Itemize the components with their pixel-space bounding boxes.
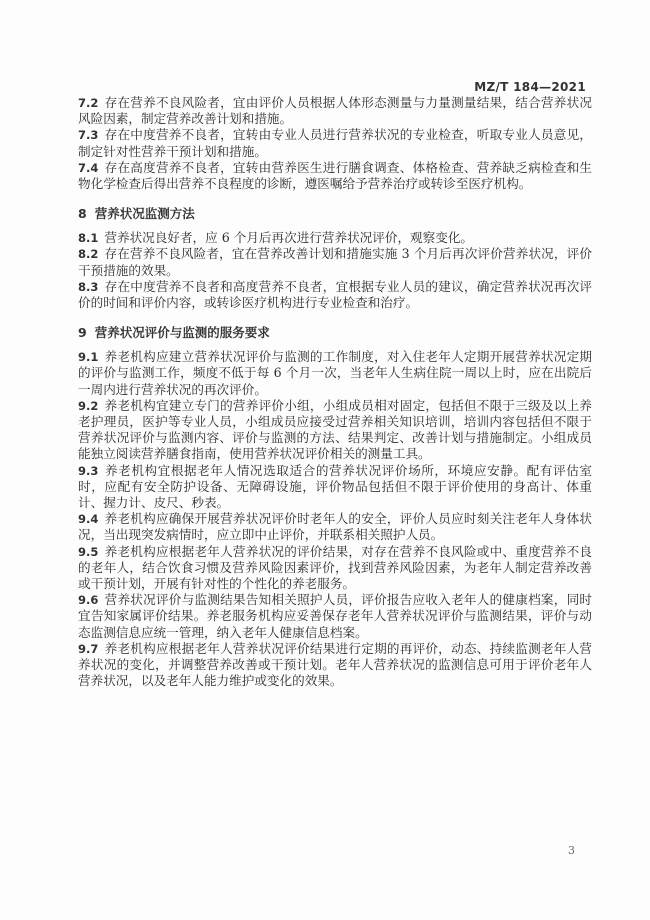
clause-7-4: 7.4存在高度营养不良者，宜转由营养医生进行膳食调查、体格检查、营养缺乏病检查和… [78, 160, 592, 192]
clause-number: 9.5 [78, 545, 98, 559]
section-heading-8: 8营养状况监测方法 [78, 206, 592, 222]
clause-number: 8.1 [78, 231, 98, 245]
clause-text: 养老机构应根据老年人营养状况的评价结果，对存在营养不良风险或中、重度营养不良的老… [78, 544, 592, 591]
clause-7-3: 7.3存在中度营养不良者，宜转由专业人员进行营养状况的专业检查，听取专业人员意见… [78, 127, 592, 159]
clause-8-2: 8.2存在营养不良风险者，宜在营养改善计划和措施实施 3 个月后再次评价营养状况… [78, 246, 592, 278]
clause-number: 8.3 [78, 280, 98, 294]
section-number: 9 [78, 325, 87, 340]
clause-number: 9.2 [78, 399, 98, 413]
clause-8-3: 8.3存在中度营养不良者和高度营养不良者，宜根据专业人员的建议，确定营养状况再次… [78, 279, 592, 311]
clause-9-2: 9.2养老机构宜建立专门的营养评价小组，小组成员相对固定，包括但不限于三级及以上… [78, 398, 592, 463]
document-body: 7.2存在营养不良风险者，宜由评价人员根据人体形态测量与力量测量结果，结合营养状… [78, 95, 592, 690]
clause-number: 7.2 [78, 96, 98, 110]
section-title: 营养状况评价与监测的服务要求 [95, 325, 270, 340]
clause-text: 营养状况良好者，应 6 个月后再次进行营养状况评价，观察变化。 [104, 230, 473, 245]
clause-text: 养老机构宜根据老年人情况选取适合的营养状况评价场所，环境应安静。配有评估室时，应… [78, 463, 592, 510]
clause-number: 7.4 [78, 161, 98, 175]
clause-number: 9.7 [78, 642, 98, 656]
section-7-clauses: 7.2存在营养不良风险者，宜由评价人员根据人体形态测量与力量测量结果，结合营养状… [78, 95, 592, 192]
clause-number: 7.3 [78, 128, 98, 142]
clause-9-3: 9.3养老机构宜根据老年人情况选取适合的营养状况评价场所，环境应安静。配有评估室… [78, 463, 592, 512]
clause-text: 存在营养不良风险者，宜由评价人员根据人体形态测量与力量测量结果，结合营养状况风险… [78, 95, 592, 126]
section-8-clauses: 8.1营养状况良好者，应 6 个月后再次进行营养状况评价，观察变化。 8.2存在… [78, 230, 592, 311]
clause-9-6: 9.6营养状况评价与监测结果告知相关照护人员，评价报告应收入老年人的健康档案，同… [78, 592, 592, 641]
clause-text: 养老机构应确保开展营养状况评价时老年人的安全，评价人员应时刻关注老年人身体状况，… [78, 511, 592, 542]
section-9-clauses: 9.1养老机构应建立营养状况评价与监测的工作制度，对入住老年人定期开展营养状况定… [78, 349, 592, 689]
clause-8-1: 8.1营养状况良好者，应 6 个月后再次进行营养状况评价，观察变化。 [78, 230, 592, 246]
clause-9-4: 9.4养老机构应确保开展营养状况评价时老年人的安全，评价人员应时刻关注老年人身体… [78, 511, 592, 543]
section-title: 营养状况监测方法 [95, 206, 195, 221]
clause-7-2: 7.2存在营养不良风险者，宜由评价人员根据人体形态测量与力量测量结果，结合营养状… [78, 95, 592, 127]
clause-number: 9.4 [78, 512, 98, 526]
clause-text: 存在中度营养不良者，宜转由专业人员进行营养状况的专业检查，听取专业人员意见，制定… [78, 127, 592, 158]
clause-text: 存在中度营养不良者和高度营养不良者，宜根据专业人员的建议，确定营养状况再次评价的… [78, 279, 592, 310]
clause-text: 存在营养不良风险者，宜在营养改善计划和措施实施 3 个月后再次评价营养状况，评价… [78, 246, 592, 277]
document-page: MZ/T 184—2021 7.2存在营养不良风险者，宜由评价人员根据人体形态测… [0, 0, 650, 920]
clause-text: 养老机构宜建立专门的营养评价小组，小组成员相对固定，包括但不限于三级及以上养老护… [78, 398, 592, 462]
page-number: 3 [568, 844, 575, 857]
clause-number: 8.2 [78, 247, 98, 261]
clause-text: 养老机构应建立营养状况评价与监测的工作制度，对入住老年人定期开展营养状况定期的评… [78, 349, 592, 396]
clause-9-5: 9.5养老机构应根据老年人营养状况的评价结果，对存在营养不良风险或中、重度营养不… [78, 544, 592, 593]
clause-9-7: 9.7养老机构应根据老年人营养状况评价结果进行定期的再评价，动态、持续监测老年人… [78, 641, 592, 690]
clause-number: 9.6 [78, 593, 98, 607]
clause-text: 存在高度营养不良者，宜转由营养医生进行膳食调查、体格检查、营养缺乏病检查和生物化… [78, 160, 592, 191]
clause-number: 9.3 [78, 464, 98, 478]
standard-code: MZ/T 184—2021 [474, 80, 586, 94]
clause-text: 营养状况评价与监测结果告知相关照护人员，评价报告应收入老年人的健康档案，同时宜告… [78, 592, 592, 639]
section-heading-9: 9营养状况评价与监测的服务要求 [78, 325, 592, 341]
clause-9-1: 9.1养老机构应建立营养状况评价与监测的工作制度，对入住老年人定期开展营养状况定… [78, 349, 592, 398]
clause-number: 9.1 [78, 350, 98, 364]
section-number: 8 [78, 206, 87, 221]
clause-text: 养老机构应根据老年人营养状况评价结果进行定期的再评价，动态、持续监测老年人营养状… [78, 641, 592, 688]
